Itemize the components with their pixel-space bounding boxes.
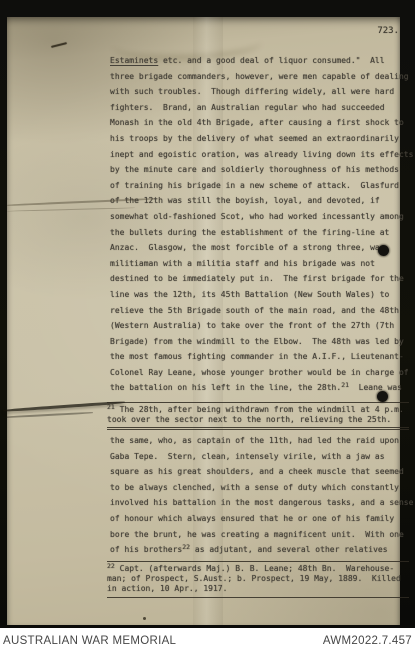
text-line: in action, 10 Apr., 1917. [107,584,409,594]
text-line: militiaman with a militia staff and his … [110,256,412,272]
footnote-22: 22 Capt. (afterwards Maj.) B. B. Leane; … [107,561,409,598]
text-line: Gaba Tepe. Stern, clean, intensely viril… [110,449,412,465]
text-line: of honour which always ensured that he o… [110,511,412,527]
footnote-21: 21 The 28th, after being withdrawn from … [107,402,409,430]
text-line: 21 The 28th, after being withdrawn from … [107,405,409,415]
text-line: took over the sector next to the north, … [107,415,409,425]
text-line: of his brothers22 as adjutant, and sever… [110,542,412,558]
catalogue-footer: AUSTRALIAN WAR MEMORIAL AWM2022.7.457 [0,628,415,653]
text-line: somewhat old-fashioned Scot, who had wor… [110,209,412,225]
document-photo: 723. Estaminets etc. and a good deal of … [0,0,415,628]
text-line: Anzac. Glasgow, the most forcible of a s… [110,240,412,256]
text-line: relieve the 5th Brigade south of the mai… [110,303,412,319]
text-line: inept and egoistic oration, was already … [110,147,412,163]
text-line: the same, who, as captain of the 11th, h… [110,433,412,449]
text-line: to be always clenched, with a sense of d… [110,480,412,496]
text-line: Estaminets etc. and a good deal of liquo… [110,53,412,69]
body-paragraph-1: Estaminets etc. and a good deal of liquo… [110,53,412,396]
text-line: of training his brigade in a new scheme … [110,178,412,194]
text-line: three brigade commanders, however, were … [110,69,412,85]
text-line: the battalion on his left in the line, t… [110,380,412,396]
text-line: bore the brunt, he was creating a magnif… [110,527,412,543]
text-line: 22 Capt. (afterwards Maj.) B. B. Leane; … [107,564,409,574]
text-line: Brigade) from the windmill to the Elbow.… [110,334,412,350]
text-line: line was the 12th, its 45th Battalion (N… [110,287,412,303]
hole-punch [377,391,388,402]
text-line: Colonel Ray Leane, whose younger brother… [110,365,412,381]
text-line: (Western Australia) to take over the fro… [110,318,412,334]
text-line: his troops by the delivery of what seeme… [110,131,412,147]
text-line: Monash in the old 4th Brigade, after cau… [110,115,412,131]
text-line: with such troubles. Though differing wid… [110,84,412,100]
hole-punch [378,245,389,256]
document-page: 723. Estaminets etc. and a good deal of … [7,17,400,625]
text-line: square as his great shoulders, and a che… [110,464,412,480]
text-line: fighters. Brand, an Australian regular w… [110,100,412,116]
page-number: 723. [359,26,399,36]
text-line: of the 12th was still the boyish, loyal,… [110,193,412,209]
text-line: man; of Prospect, S.Aust.; b. Prospect, … [107,574,409,584]
accession-number: AWM2022.7.457 [323,635,412,647]
text-line: involved his battalion in the most dange… [110,495,412,511]
text-line: the bullets during the establishment of … [110,225,412,241]
institution-label: AUSTRALIAN WAR MEMORIAL [3,635,176,647]
text-line: the most famous fighting commander in th… [110,349,412,365]
paper-crease [3,412,93,418]
ink-mark [51,42,67,48]
body-paragraph-2: the same, who, as captain of the 11th, h… [110,433,412,558]
text-line: destined to be immediately put in. The f… [110,271,412,287]
text-line: by the minute care and soldierly thoroug… [110,162,412,178]
paper-speck [143,617,146,620]
